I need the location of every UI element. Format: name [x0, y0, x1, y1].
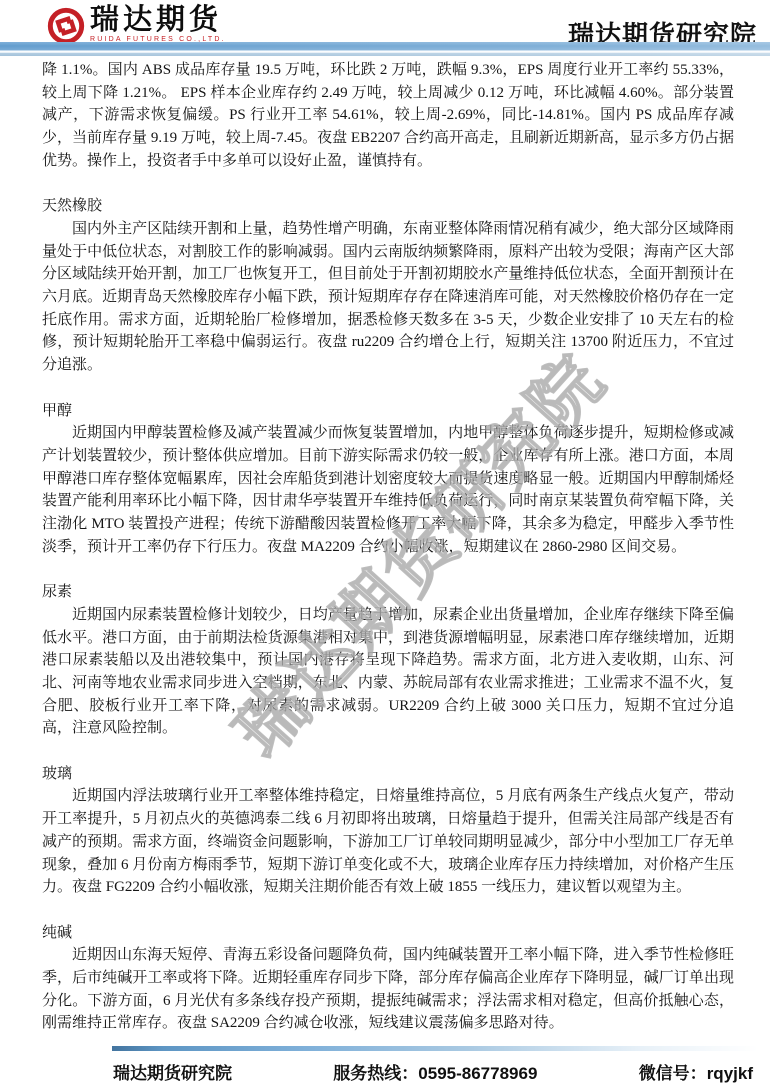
paragraph-styrene-continuation: 降 1.1%。国内 ABS 成品库存量 19.5 万吨，环比跌 2 万吨，跌幅 … [42, 59, 734, 173]
footer-wechat: 微信号：rqyjkf [639, 1059, 753, 1084]
footer-wechat-id: rqyjkf [707, 1064, 753, 1083]
footer-org: 瑞达期货研究院 [113, 1059, 232, 1084]
footer-hotline: 服务热线：0595-86778969 [333, 1059, 537, 1084]
paragraph-soda-ash: 近期因山东海天短停、青海五彩设备问题降负荷，国内纯碱装置开工率小幅下降，进入季节… [42, 944, 734, 1035]
paragraph-natural-rubber: 国内外主产区陆续开割和上量，趋势性增产明确，东南亚整体降雨情况稍有减少，绝大部分… [42, 218, 734, 377]
paragraph-methanol: 近期国内甲醇装置检修及减产装置减少而恢复装置增加，内地甲醇整体负荷逐步提升，短期… [42, 422, 734, 558]
section-heading-natural-rubber: 天然橡胶 [42, 195, 734, 218]
header-divider-bar [0, 42, 770, 56]
section-heading-glass: 玻璃 [42, 763, 734, 786]
footer-hotline-number: 0595-86778969 [418, 1064, 537, 1083]
footer-divider-bar [112, 1046, 758, 1051]
section-heading-urea: 尿素 [42, 581, 734, 604]
report-body: 降 1.1%。国内 ABS 成品库存量 19.5 万吨，环比跌 2 万吨，跌幅 … [42, 59, 734, 1035]
footer: 瑞达期货研究院 服务热线：0595-86778969 微信号：rqyjkf [113, 1059, 753, 1084]
report-page: 瑞达期货 RUIDA FUTURES CO.,LTD. 瑞达期货研究院 瑞达期货… [0, 0, 770, 1089]
brand-name: 瑞达期货 [90, 5, 226, 35]
footer-wechat-label: 微信号： [639, 1064, 707, 1083]
section-heading-methanol: 甲醇 [42, 400, 734, 423]
logo-text: 瑞达期货 RUIDA FUTURES CO.,LTD. [90, 5, 226, 43]
footer-hotline-label: 服务热线： [333, 1064, 418, 1083]
company-logo: 瑞达期货 RUIDA FUTURES CO.,LTD. [47, 5, 226, 45]
paragraph-urea: 近期国内尿素装置检修计划较少，日均产量趋于增加，尿素企业出货量增加，企业库存继续… [42, 604, 734, 740]
ruida-logo-icon [47, 7, 85, 45]
paragraph-glass: 近期国内浮法玻璃行业开工率整体维持稳定，日熔量维持高位，5 月底有两条生产线点火… [42, 785, 734, 899]
section-heading-soda-ash: 纯碱 [42, 922, 734, 945]
